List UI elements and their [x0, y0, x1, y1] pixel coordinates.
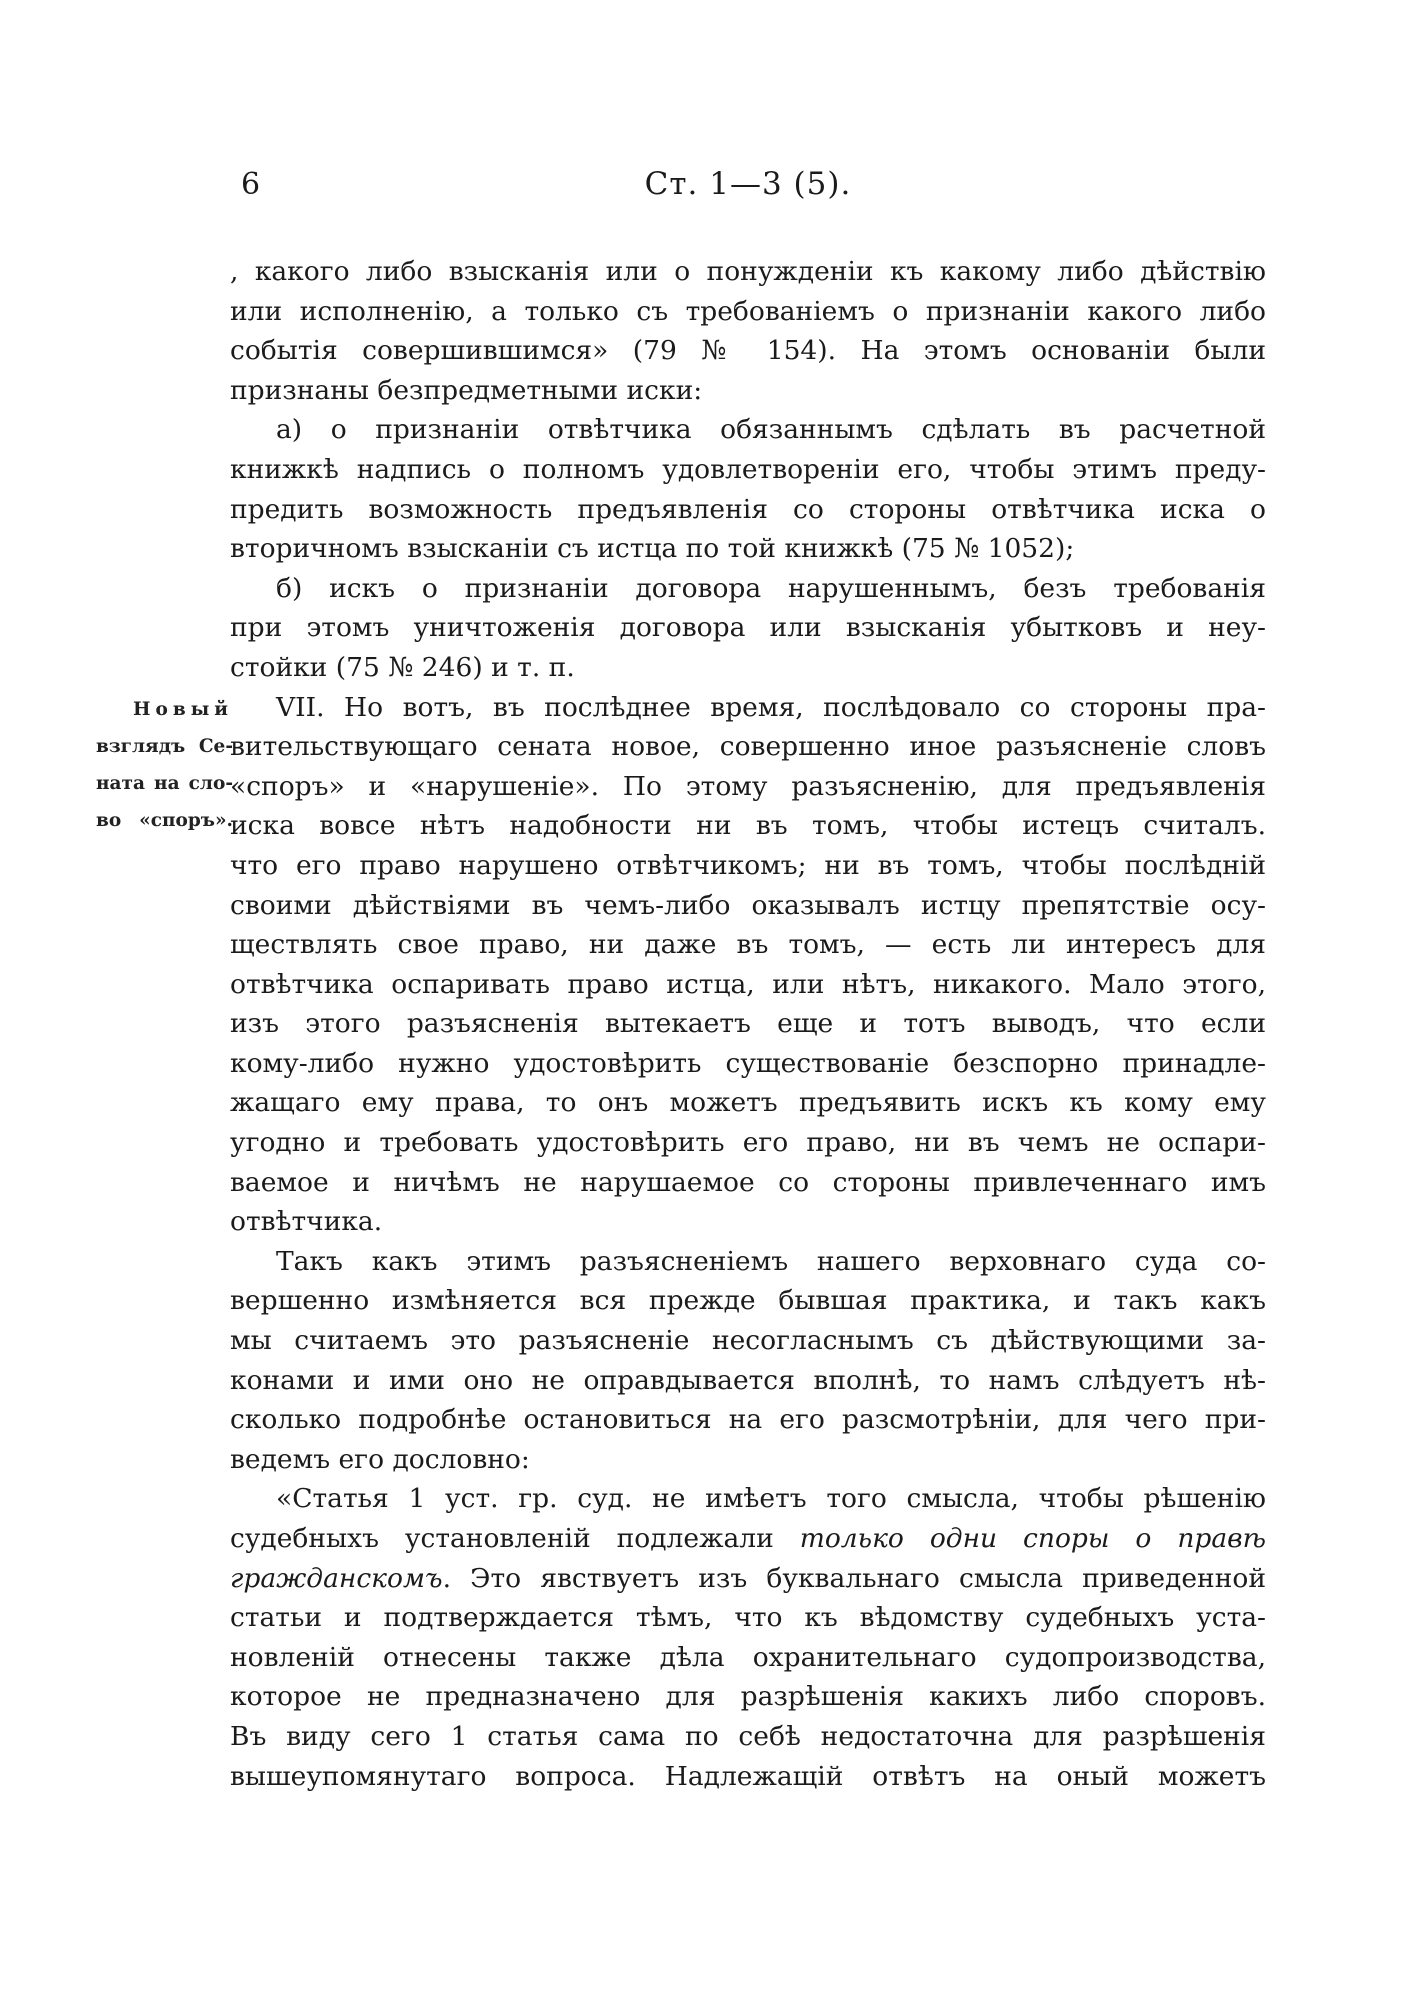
text-line: жащаго ему права, то онъ можетъ предъяви…	[230, 1083, 1266, 1123]
text-line: а) о признаніи отвѣтчика обязаннымъ сдѣл…	[230, 410, 1266, 450]
text-line: отвѣтчика.	[230, 1202, 1266, 1242]
text-line: стойки (75 № 246) и т. п.	[230, 648, 1266, 688]
text-run: вышеупомянутаго вопроса. Надлежащій отвѣ…	[230, 1761, 1266, 1792]
text-run: при этомъ уничтоженія договора или взыск…	[230, 612, 1266, 643]
running-title: Ст. 1—3 (5).	[230, 162, 1266, 206]
text-line: кому-либо нужно удостовѣрить существован…	[230, 1044, 1266, 1084]
text-line: предить возможность предъявленія со стор…	[230, 490, 1266, 530]
text-run: стойки (75 № 246) и т. п.	[230, 652, 575, 683]
text-line: при этомъ уничтоженія договора или взыск…	[230, 608, 1266, 648]
text-line: книжкѣ надпись о полномъ удовлетвореніи …	[230, 450, 1266, 490]
text-line: событія совершившимся» (79 № 154). На эт…	[230, 331, 1266, 371]
margin-note-line: Новый	[96, 691, 233, 728]
text-run: вторичномъ взысканіи съ истца по той кни…	[230, 533, 1074, 564]
text-run: Въ виду сего 1 статья сама по себѣ недос…	[230, 1721, 1266, 1752]
text-line: вительствующаго сената новое, совершенно…	[230, 727, 1266, 767]
text-line: сколько подробнѣе остановиться на его ра…	[230, 1400, 1266, 1440]
margin-note-line: ната на сло-	[96, 765, 233, 802]
book-page: 6 Ст. 1—3 (5). Новыйвзглядъ Се-ната на с…	[0, 0, 1404, 1999]
text-run: Такъ какъ этимъ разъясненіемъ нашего вер…	[276, 1246, 1266, 1277]
text-run: книжкѣ надпись о полномъ удовлетвореніи …	[230, 454, 1266, 485]
text-run: иска вовсе нѣтъ надобности ни въ томъ, ч…	[230, 810, 1266, 841]
text-run: новленій отнесены также дѣла охранительн…	[230, 1642, 1266, 1673]
text-run: вершенно измѣняется вся прежде бывшая пр…	[230, 1285, 1266, 1316]
text-run: сколько подробнѣе остановиться на его ра…	[230, 1404, 1266, 1435]
text-run: судебныхъ установленій подлежали	[230, 1523, 800, 1554]
text-run: , какого либо взысканія или о понужденіи…	[230, 256, 1266, 287]
text-line: Въ виду сего 1 статья сама по себѣ недос…	[230, 1717, 1266, 1757]
text-line: вышеупомянутаго вопроса. Надлежащій отвѣ…	[230, 1757, 1266, 1797]
text-run: «Статья 1 уст. гр. суд. не имѣетъ того с…	[276, 1483, 1266, 1514]
text-line: вершенно измѣняется вся прежде бывшая пр…	[230, 1281, 1266, 1321]
text-run: ваемое и ничѣмъ не нарушаемое со стороны…	[230, 1167, 1266, 1198]
text-run: а) о признаніи отвѣтчика обязаннымъ сдѣл…	[276, 414, 1266, 445]
text-line: ществлять свое право, ни даже въ томъ, —…	[230, 925, 1266, 965]
margin-note: Новыйвзглядъ Се-ната на сло-во «споръ».	[96, 691, 233, 839]
text-run: статьи и подтверждается тѣмъ, что къ вѣд…	[230, 1602, 1266, 1633]
text-run: кому-либо нужно удостовѣрить существован…	[230, 1048, 1266, 1079]
text-line: изъ этого разъясненія вытекаетъ еще и то…	[230, 1004, 1266, 1044]
text-line: которое не предназначено для разрѣшенія …	[230, 1677, 1266, 1717]
text-run: предить возможность предъявленія со стор…	[230, 494, 1266, 525]
margin-note-line: во «споръ».	[96, 802, 233, 839]
text-line: ваемое и ничѣмъ не нарушаемое со стороны…	[230, 1163, 1266, 1203]
text-run: б) искъ о признаніи договора нарушеннымъ…	[276, 573, 1266, 604]
text-line: отвѣтчика оспаривать право истца, или нѣ…	[230, 965, 1266, 1005]
text-run: изъ этого разъясненія вытекаетъ еще и то…	[230, 1008, 1266, 1039]
text-column: , какого либо взысканія или о понужденіи…	[230, 252, 1266, 1796]
text-run: VII. Но вотъ, въ послѣднее время, послѣд…	[276, 692, 1266, 723]
text-line: вторичномъ взысканіи съ истца по той кни…	[230, 529, 1266, 569]
text-line: новленій отнесены также дѣла охранительн…	[230, 1638, 1266, 1678]
text-line: статьи и подтверждается тѣмъ, что къ вѣд…	[230, 1598, 1266, 1638]
text-run: мы считаемъ это разъясненіе несогласнымъ…	[230, 1325, 1266, 1356]
text-run: угодно и требовать удостовѣрить его прав…	[230, 1127, 1266, 1158]
text-line: что его право нарушено отвѣтчикомъ; ни в…	[230, 846, 1266, 886]
text-line: «Статья 1 уст. гр. суд. не имѣетъ того с…	[230, 1479, 1266, 1519]
text-run: отвѣтчика оспаривать право истца, или нѣ…	[230, 969, 1266, 1000]
text-run: конами и ими оно не оправдывается вполнѣ…	[230, 1365, 1266, 1396]
text-run: ведемъ его дословно:	[230, 1444, 530, 1475]
text-run: ществлять свое право, ни даже въ томъ, —…	[230, 929, 1266, 960]
text-line: Такъ какъ этимъ разъясненіемъ нашего вер…	[230, 1242, 1266, 1282]
text-run: отвѣтчика.	[230, 1206, 382, 1237]
text-line: конами и ими оно не оправдывается вполнѣ…	[230, 1361, 1266, 1401]
text-run: что его право нарушено отвѣтчикомъ; ни в…	[230, 850, 1266, 881]
text-run: или исполненію, а только съ требованіемъ…	[230, 296, 1266, 327]
text-line: VII. Но вотъ, въ послѣднее время, послѣд…	[230, 688, 1266, 728]
text-line: б) искъ о признаніи договора нарушеннымъ…	[230, 569, 1266, 609]
italic-run: гражданскомъ	[230, 1563, 443, 1594]
text-line: судебныхъ установленій подлежали только …	[230, 1519, 1266, 1559]
text-run: . Это явствуетъ изъ буквальнаго смысла п…	[443, 1563, 1266, 1594]
text-line: ведемъ его дословно:	[230, 1440, 1266, 1480]
text-line: или исполненію, а только съ требованіемъ…	[230, 292, 1266, 332]
italic-run: только одни споры о правѣ	[800, 1523, 1266, 1554]
text-run: вительствующаго сената новое, совершенно…	[230, 731, 1266, 762]
text-run: которое не предназначено для разрѣшенія …	[230, 1681, 1266, 1712]
text-line: угодно и требовать удостовѣрить его прав…	[230, 1123, 1266, 1163]
text-line: «споръ» и «нарушеніе». По этому разъясне…	[230, 767, 1266, 807]
text-run: признаны безпредметными иски:	[230, 375, 702, 406]
text-line: гражданскомъ. Это явствуетъ изъ буквальн…	[230, 1559, 1266, 1599]
text-line: признаны безпредметными иски:	[230, 371, 1266, 411]
text-line: иска вовсе нѣтъ надобности ни въ томъ, ч…	[230, 806, 1266, 846]
text-line: мы считаемъ это разъясненіе несогласнымъ…	[230, 1321, 1266, 1361]
text-run: «споръ» и «нарушеніе». По этому разъясне…	[230, 771, 1266, 802]
text-run: событія совершившимся» (79 № 154). На эт…	[230, 335, 1266, 366]
text-run: своими дѣйствіями въ чемъ-либо оказывалъ…	[230, 890, 1266, 921]
margin-note-line: взглядъ Се-	[96, 728, 233, 765]
text-run: жащаго ему права, то онъ можетъ предъяви…	[230, 1087, 1266, 1118]
text-line: , какого либо взысканія или о понужденіи…	[230, 252, 1266, 292]
text-line: своими дѣйствіями въ чемъ-либо оказывалъ…	[230, 886, 1266, 926]
